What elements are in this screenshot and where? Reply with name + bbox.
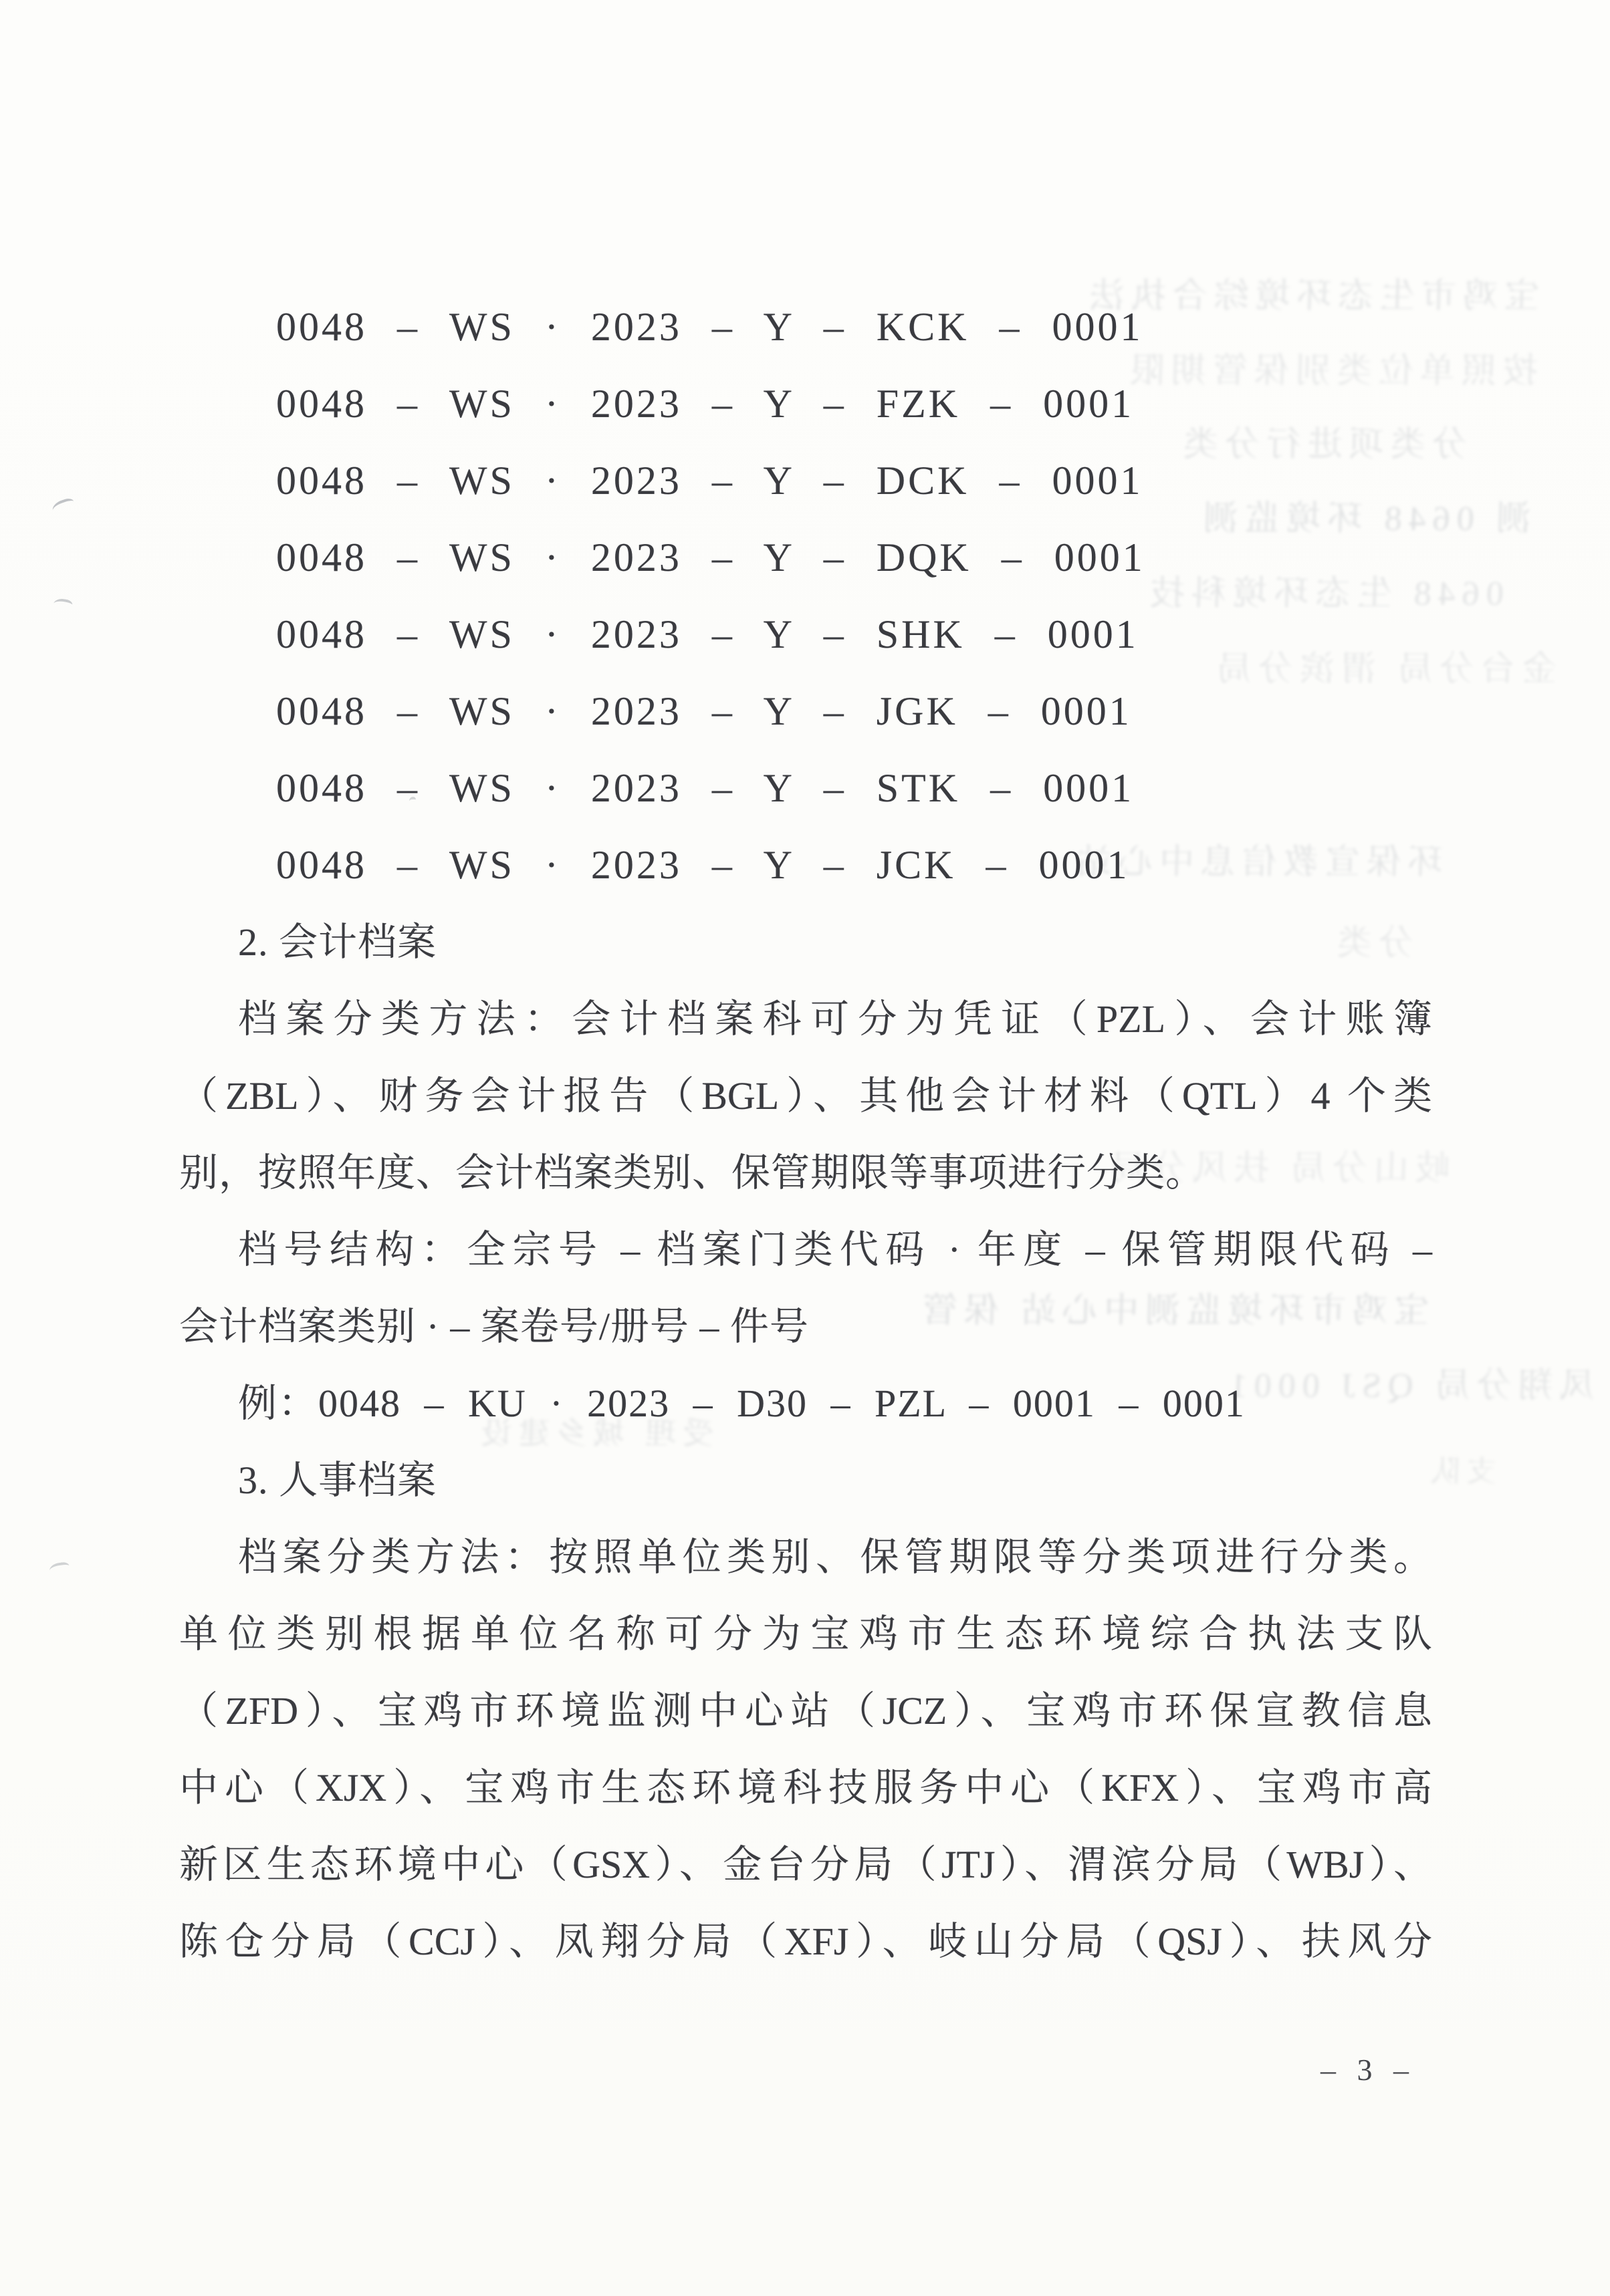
scan-speck xyxy=(53,598,74,613)
archive-number-line: 0048 – WS · 2023 – Y – FZK – 0001 xyxy=(179,366,1432,442)
page-number: – 3 – xyxy=(1320,2052,1415,2087)
paragraph-line: 新区生态环境中心（GSX）、金台分局（JTJ）、渭滨分局（WBJ）、 xyxy=(179,1826,1432,1903)
archive-number-line: 0048 – WS · 2023 – Y – KCK – 0001 xyxy=(179,289,1432,366)
archive-number-line: 0048 – WS · 2023 – Y – DCK – 0001 xyxy=(179,442,1432,519)
paragraph-line: 档案分类方法：按照单位类别、保管期限等分类项进行分类。 xyxy=(179,1519,1432,1596)
paragraph-line: 档案分类方法：会计档案科可分为凭证（PZL）、会计账簿 xyxy=(179,981,1432,1057)
paragraph-line: 别，按照年度、会计档案类别、保管期限等事项进行分类。 xyxy=(179,1134,1432,1211)
example-archive-number-line: 例：0048 – KU · 2023 – D30 – PZL – 0001 – … xyxy=(179,1365,1432,1442)
section-heading-personnel-archives: 3. 人事档案 xyxy=(179,1442,1432,1519)
archive-number-line: 0048 – WS · 2023 – Y – SHK – 0001 xyxy=(179,596,1432,673)
paragraph-line: 档号结构：全宗号 – 档案门类代码 · 年度 – 保管期限代码 – xyxy=(179,1211,1432,1288)
scanned-document-page: 宝鸡市生态环境综合执法 按照单位类别保管期限 分类项进行分类 测 0648 环境… xyxy=(0,0,1610,2296)
paragraph-line: 陈仓分局（CCJ）、凤翔分局（XFJ）、岐山分局（QSJ）、扶风分 xyxy=(179,1903,1432,1980)
paragraph-line: 中心（XJX）、宝鸡市生态环境科技服务中心（KFX）、宝鸡市高 xyxy=(179,1749,1432,1826)
paragraph-line: （ZBL）、财务会计报告（BGL）、其他会计材料（QTL）4 个类 xyxy=(179,1057,1432,1134)
archive-number-line: 0048 – WS · 2023 – Y – STK – 0001 xyxy=(179,750,1432,827)
scan-speck xyxy=(51,497,77,517)
archive-number-line: 0048 – WS · 2023 – Y – JCK – 0001 xyxy=(179,827,1432,904)
document-body: 0048 – WS · 2023 – Y – KCK – 0001 0048 –… xyxy=(179,289,1432,1980)
paragraph-line: 单位类别根据单位名称可分为宝鸡市生态环境综合执法支队 xyxy=(179,1596,1432,1672)
paragraph-line: （ZFD）、宝鸡市环境监测中心站（JCZ）、宝鸡市环保宣教信息 xyxy=(179,1672,1432,1749)
paragraph-line: 会计档案类别 · – 案卷号/册号 – 件号 xyxy=(179,1288,1432,1365)
section-heading-accounting-archives: 2. 会计档案 xyxy=(179,904,1432,981)
scan-speck xyxy=(49,1561,70,1576)
bleed-through-ghost: 支队 xyxy=(1423,1447,1497,1490)
archive-number-line: 0048 – WS · 2023 – Y – DQK – 0001 xyxy=(179,519,1432,596)
archive-number-line: 0048 – WS · 2023 – Y – JGK – 0001 xyxy=(179,673,1432,750)
